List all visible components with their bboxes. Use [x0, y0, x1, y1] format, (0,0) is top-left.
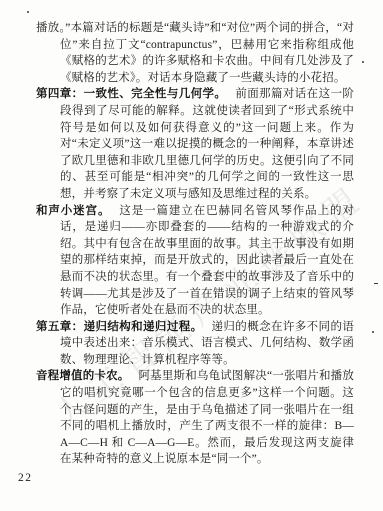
entry-text: 播放。”本篇对话的标题是“藏头诗”和“对位”两个词的拼合，“对位”来自拉丁文“c…	[36, 22, 354, 84]
toc-entry-continuation: 播放。”本篇对话的标题是“藏头诗”和“对位”两个词的拼合，“对位”来自拉丁文“c…	[36, 20, 354, 86]
toc-entry-canon-by-intervallic-augmentation: 音程增值的卡农。阿基里斯和乌龟试图解决“一张唱片和播放它的唱机究竟哪一个包含的信…	[36, 368, 354, 468]
book-page: 人工智能产业链联盟 播放。”本篇对话的标题是“藏头诗”和“对位”两个词的拼合，“…	[0, 0, 383, 511]
scan-speck	[374, 283, 378, 284]
entry-text: 这是一篇建立在巴赫同名管风琴作品上的对话，是递归——亦即叠套的——结构的一种游戏…	[60, 205, 354, 317]
entry-text: 阿基里斯和乌龟试图解决“一张唱片和播放它的唱机究竟哪一个包含的信息更多”这样一个…	[60, 370, 354, 465]
entry-title: 和声小迷宫。	[36, 205, 110, 217]
entry-text: 前面那篇对话在这一阶段得到了尽可能的解释。这就使读者回到了“形式系统中符号是如何…	[60, 88, 354, 200]
toc-entry-chapter4: 第四章：一致性、完全性与几何学。前面那篇对话在这一阶段得到了尽可能的解释。这就使…	[36, 86, 354, 202]
scan-speck	[27, 11, 29, 13]
entry-title: 第五章：递归结构和递归过程。	[36, 321, 203, 333]
entry-title: 第四章：一致性、完全性与几何学。	[36, 88, 226, 100]
scan-speck	[362, 61, 364, 63]
page-number: 22	[18, 472, 33, 484]
toc-entry-chapter5: 第五章：递归结构和递归过程。递归的概念在许多不同的语境中表述出来：音乐模式、语言…	[36, 319, 354, 369]
scan-speck	[372, 331, 374, 333]
toc-entry-little-harmonic-labyrinth: 和声小迷宫。这是一篇建立在巴赫同名管风琴作品上的对话，是递归——亦即叠套的——结…	[36, 203, 354, 319]
toc-content: 播放。”本篇对话的标题是“藏头诗”和“对位”两个词的拼合，“对位”来自拉丁文“c…	[36, 20, 354, 468]
entry-title: 音程增值的卡农。	[36, 370, 129, 382]
